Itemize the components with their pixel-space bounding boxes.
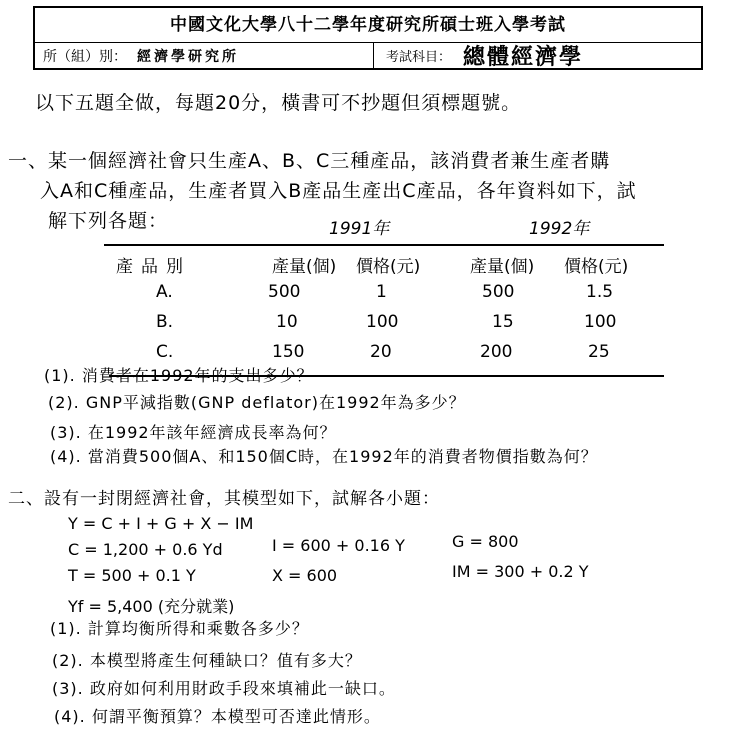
eq-imports: IM = 300 + 0.2 Y — [452, 562, 589, 581]
cell-q1992: 500 — [482, 282, 514, 302]
q1-intro-line1: 一、某一個經濟社會只生產A、B、C三種產品，該消費者兼生產者購 — [8, 146, 610, 173]
cell-p1992: 1.5 — [586, 282, 613, 302]
cell-p1991: 1 — [376, 282, 387, 302]
exam-title: 中國文化大學八十二學年度研究所碩士班入學考試 — [35, 12, 701, 38]
cell-q1991: 500 — [268, 282, 300, 302]
subject-cell: 考試科目： 總體經濟學 — [374, 43, 701, 68]
eq-exports: X = 600 — [272, 566, 337, 585]
q2-sub-4: (4). 何謂平衡預算？本模型可否達此情形。 — [54, 704, 381, 727]
subject-label: 考試科目： — [386, 46, 451, 65]
col-qty-1991: 產量(個) — [272, 252, 336, 277]
q1-sub-1: (1). 消費者在1992年的支出多少？ — [44, 363, 314, 386]
eq-consumption: C = 1,200 + 0.6 Yd — [68, 540, 223, 559]
q1-sub-2: (2). GNP平減指數(GNP deflator)在1992年為多少？ — [48, 390, 466, 413]
q1-sub-3: (3). 在1992年該年經濟成長率為何？ — [50, 420, 337, 443]
q2-intro: 二、設有一封閉經濟社會，其模型如下，試解各小題： — [8, 484, 440, 509]
department-value: 經濟學研究所 — [137, 46, 239, 66]
col-price-1991: 價格(元) — [356, 252, 420, 277]
subject-value: 總體經濟學 — [463, 40, 583, 71]
q1-sub-4: (4). 當消費500個A、和150個C時，在1992年的消費者物價指數為何？ — [50, 444, 598, 467]
department-label: 所（組）別： — [43, 46, 127, 66]
cell-product: C. — [156, 342, 173, 362]
cell-p1992: 25 — [588, 342, 610, 362]
col-qty-1992: 產量(個) — [470, 252, 534, 277]
cell-p1992: 100 — [584, 312, 616, 332]
q2-sub-3: (3). 政府如何利用財政手段來填補此一缺口。 — [52, 676, 396, 699]
instructions: 以下五題全做，每題20分，橫書可不抄題但須標題號。 — [35, 88, 521, 115]
department-cell: 所（組）別： 經濟學研究所 — [35, 43, 374, 68]
year-header-row: 1991年 1992年 — [104, 218, 669, 238]
cell-q1991: 10 — [276, 312, 298, 332]
cell-q1991: 150 — [272, 342, 304, 362]
header-info-row: 所（組）別： 經濟學研究所 考試科目： 總體經濟學 — [35, 42, 701, 68]
cell-p1991: 100 — [366, 312, 398, 332]
cell-product: B. — [156, 312, 173, 332]
eq-tax: T = 500 + 0.1 Y — [68, 566, 196, 585]
cell-q1992: 200 — [480, 342, 512, 362]
col-price-1992: 價格(元) — [564, 252, 628, 277]
cell-p1991: 20 — [370, 342, 392, 362]
q2-sub-2: (2). 本模型將產生何種缺口？值有多大？ — [52, 648, 362, 671]
q1-intro-line2: 入A和C種產品，生產者買入B產品生產出C產品，各年資料如下，試 — [40, 176, 637, 203]
eq-government: G = 800 — [452, 532, 519, 551]
exam-header: 中國文化大學八十二學年度研究所碩士班入學考試 所（組）別： 經濟學研究所 考試科… — [33, 6, 703, 70]
eq-investment: I = 600 + 0.16 Y — [272, 536, 405, 555]
year-1992: 1992年 — [529, 214, 589, 239]
eq-full-employment: Yf = 5,400 (充分就業) — [68, 594, 234, 617]
cell-product: A. — [156, 282, 173, 302]
eq-identity: Y = C + I + G + X − IM — [68, 514, 253, 533]
table-top-rule — [104, 244, 664, 246]
year-1991: 1991年 — [329, 214, 389, 239]
cell-q1992: 15 — [492, 312, 514, 332]
col-product: 產品別 — [116, 252, 191, 277]
q2-sub-1: (1). 計算均衡所得和乘數各多少？ — [50, 616, 309, 639]
